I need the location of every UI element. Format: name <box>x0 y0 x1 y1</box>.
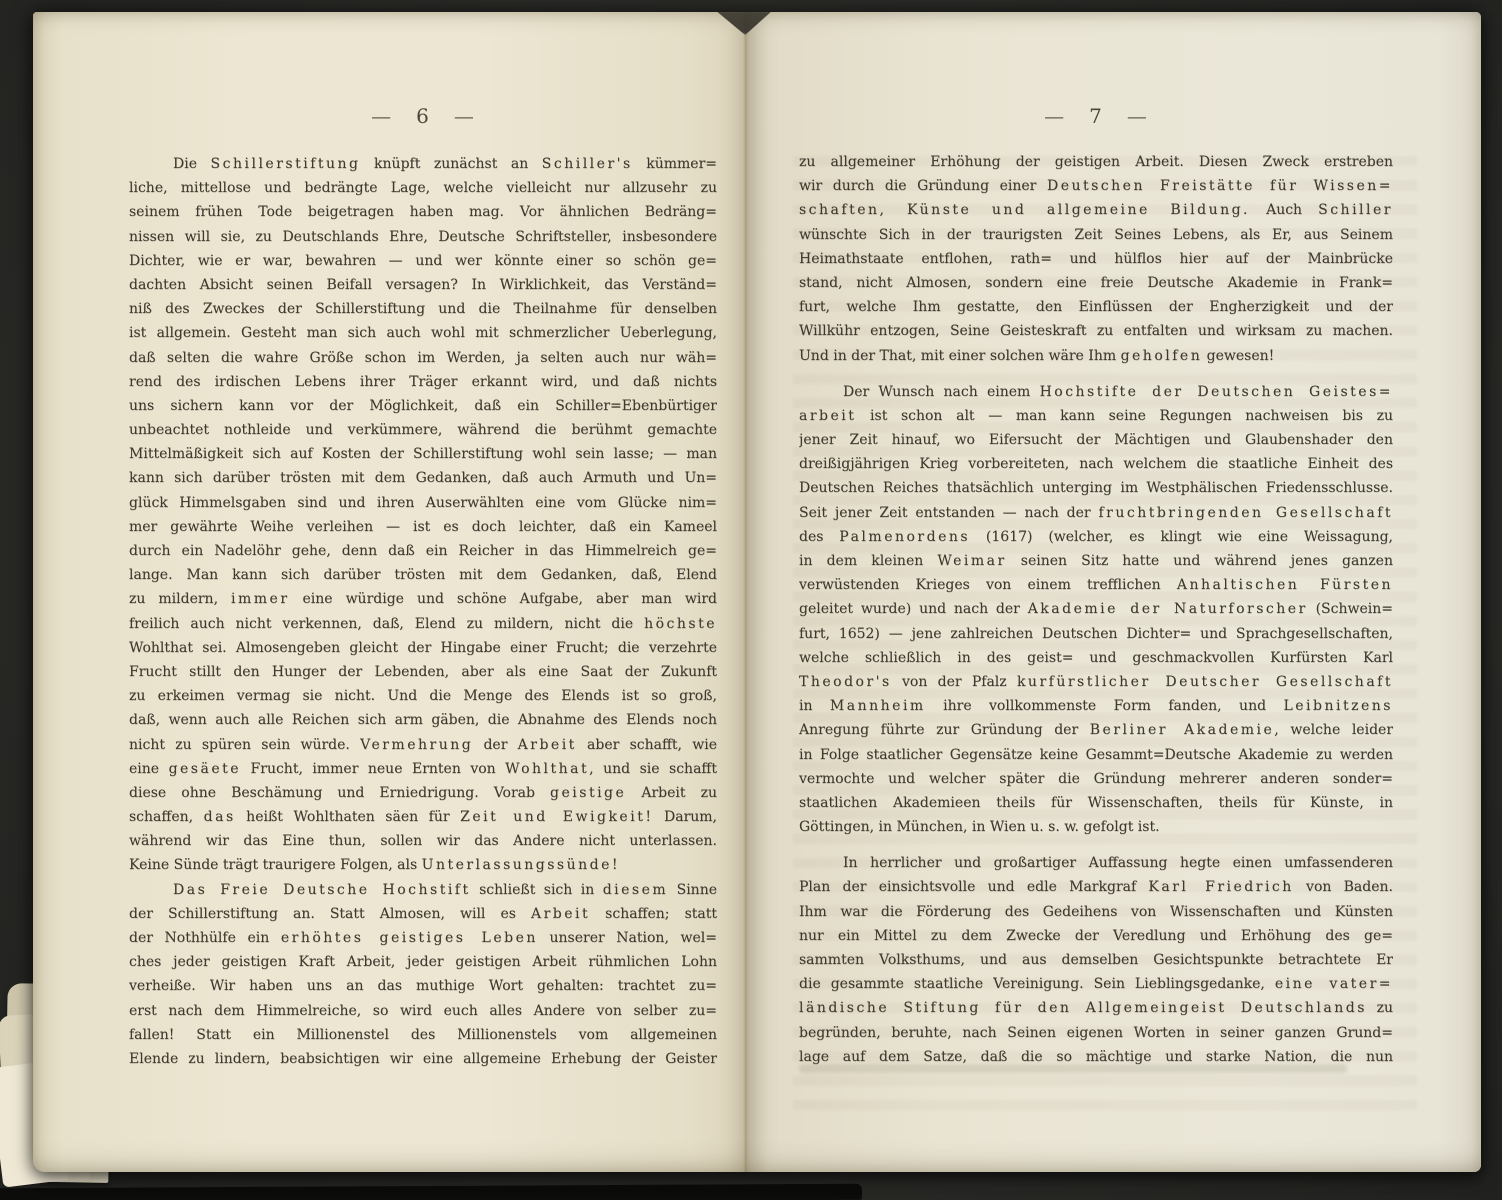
text-segment: uns sichern kann vor der Möglichkeit, da… <box>129 398 717 414</box>
text-segment: nur ein Mittel zu dem Zwecke der Veredlu… <box>799 928 1393 944</box>
text-line: Und in der That, mit einer solchen wäre … <box>799 344 1393 368</box>
paragraph: zu allgemeiner Erhöhung der geistigen Ar… <box>799 150 1393 368</box>
text-line: vermochte und welcher später die Gründun… <box>799 767 1393 791</box>
text-segment: Dichter, wie er war, bewahren — und wer … <box>129 253 717 269</box>
page-number: 6 <box>416 104 430 128</box>
text-segment: von der Pfalz <box>892 674 1017 690</box>
text-segment: daß, wenn auch alle Reichen sich arm gäb… <box>129 712 717 728</box>
header-dash: — <box>1127 104 1148 128</box>
text-segment: ist schon alt — man kann seine Regungen … <box>856 408 1393 424</box>
emphasized-text-segment: Deutschen Freistätte für Wissen= <box>1047 178 1393 194</box>
text-segment: die gesammte staatliche Vereinigung. Sei… <box>799 976 1275 992</box>
text-segment: kann sich darüber trösten mit dem Gedank… <box>129 470 717 486</box>
text-segment: zu mildern, <box>129 591 231 607</box>
book-board-shadow <box>0 1184 862 1200</box>
text-line: der Schillerstiftung an. Statt Almosen, … <box>129 902 717 926</box>
text-line: ist allgemein. Gesteht man sich auch woh… <box>129 321 717 345</box>
emphasized-text-segment: diesem <box>603 882 668 898</box>
text-segment: wünschte Sich in der traurigsten Zeit Se… <box>799 227 1393 243</box>
text-segment: verwüstenden Krieges von einem trefflich… <box>799 577 1177 593</box>
page-7-text: zu allgemeiner Erhöhung der geistigen Ar… <box>799 150 1393 1069</box>
text-segment: dreißigjährigen Krieg vorbereiteten, nac… <box>799 456 1393 472</box>
text-line: schaffen, das heißt Wohlthaten säen für … <box>129 805 717 829</box>
text-segment: Frucht stillt den Hunger der Lebenden, a… <box>129 664 717 680</box>
text-segment: heißt Wohlthaten säen für <box>236 809 460 825</box>
text-line: des Palmenordens (1617) (welcher, es kli… <box>799 525 1393 549</box>
text-segment: der Schillerstiftung an. Statt Almosen, … <box>129 906 531 922</box>
text-segment: liche, mittellose und bedrängte Lage, we… <box>129 180 717 196</box>
text-segment: furt, welche Ihm gestatte, den Einflüsse… <box>799 299 1393 315</box>
emphasized-text-segment: Theodor's <box>799 674 892 690</box>
text-segment: unbeachtet nothleide und verkümmere, wäh… <box>129 422 717 438</box>
text-line: begründen, beruhte, nach Seinen eigenen … <box>799 1021 1393 1045</box>
emphasized-text-segment: Leibnitzens <box>1283 698 1393 714</box>
text-line: ländische Stiftung für den Allgemeingeis… <box>799 996 1393 1020</box>
text-segment: eine <box>129 761 169 777</box>
text-line: der Nothhülfe ein erhöhtes geistiges Leb… <box>129 926 717 950</box>
text-segment: Willkühr entzogen, Seine Geisteskraft zu… <box>799 323 1393 339</box>
text-segment: eine würdige und schöne Aufgabe, aber ma… <box>290 591 717 607</box>
text-line: nur ein Mittel zu dem Zwecke der Veredlu… <box>799 924 1393 948</box>
text-segment: während wir das Eine thun, sollen wir da… <box>129 833 717 849</box>
text-line: furt, 1652) — jene zahlreichen Deutschen… <box>799 622 1393 646</box>
text-segment: Seit jener Zeit entstanden — nach der <box>799 505 1098 521</box>
text-line: jener Zeit hinauf, wo Eifersucht der Mäc… <box>799 428 1393 452</box>
text-segment: in <box>799 698 830 714</box>
text-segment: schließt sich in <box>471 882 603 898</box>
text-segment: in Folge staatlicher Gegensätze keine Ge… <box>799 747 1393 763</box>
emphasized-text-segment: Das Freie Deutsche Hochstift <box>173 882 471 898</box>
text-segment: zu erkeimen vermag sie nicht. Und die Me… <box>129 688 717 704</box>
text-segment: Die <box>173 156 211 172</box>
emphasized-text-segment: Vermehrung <box>360 737 473 753</box>
text-line: rend des irdischen Lebens ihrer Träger e… <box>129 370 717 394</box>
text-segment: ! <box>612 857 618 873</box>
emphasized-text-segment: arbeit <box>799 408 856 424</box>
text-segment: wir durch die Gründung einer <box>799 178 1047 194</box>
page-6: — 6 — Die Schillerstiftung knüpft zunäch… <box>33 12 747 1172</box>
paragraph: Der Wunsch nach einem Hochstifte der Deu… <box>799 380 1393 840</box>
text-segment: nissen will sie, zu Deutschlands Ehre, D… <box>129 229 717 245</box>
text-segment: Anregung führte zur Gründung der <box>799 722 1090 738</box>
text-line: Das Freie Deutsche Hochstift schließt si… <box>129 878 717 902</box>
text-segment: verheiße. Wir haben uns an das muthige W… <box>129 978 717 994</box>
paragraph: Das Freie Deutsche Hochstift schließt si… <box>129 878 717 1072</box>
text-segment: welche schließlich in des geist= und ges… <box>799 650 1393 666</box>
text-line: staatlichen Akademieen theils für Wissen… <box>799 791 1393 815</box>
text-segment: schaffen; statt <box>590 906 717 922</box>
text-line: kann sich darüber trösten mit dem Gedank… <box>129 466 717 490</box>
text-segment: aber schafft, wie <box>577 737 717 753</box>
emphasized-text-segment: Weimar <box>937 553 1006 569</box>
text-segment: ihre vollkommenste Form fanden, und <box>926 698 1284 714</box>
text-segment: niß des Zweckes der Schillerstiftung und… <box>129 301 717 317</box>
emphasized-text-segment: Hochstifte der Deutschen Geistes= <box>1040 384 1393 400</box>
emphasized-text-segment: Arbeit <box>531 906 590 922</box>
text-segment: jener Zeit hinauf, wo Eifersucht der Mäc… <box>799 432 1393 448</box>
text-segment: unserer Nation, wel= <box>538 930 717 946</box>
text-segment: Sinne <box>668 882 717 898</box>
header-dash: — <box>1044 104 1065 128</box>
text-segment: gewesen! <box>1202 348 1274 364</box>
text-segment: Der Wunsch nach einem <box>843 384 1040 400</box>
header-dash: — <box>454 104 475 128</box>
text-line: diese ohne Beschämung und Erniedrigung. … <box>129 781 717 805</box>
emphasized-text-segment: Berliner Akademie <box>1090 722 1275 738</box>
text-line: wünschte Sich in der traurigsten Zeit Se… <box>799 223 1393 247</box>
text-line: nicht zu spüren sein würde. Vermehrung d… <box>129 733 717 757</box>
text-segment: Auch <box>1250 202 1318 218</box>
text-segment: diese ohne Beschämung und Erniedrigung. … <box>129 785 550 801</box>
text-segment: rend des irdischen Lebens ihrer Träger e… <box>129 374 717 390</box>
text-segment: daß selten die wahre Größe schon im Werd… <box>129 350 717 366</box>
emphasized-text-segment: Mannheim <box>830 698 926 714</box>
emphasized-text-segment: gesäete <box>169 761 241 777</box>
book-spread: — 6 — Die Schillerstiftung knüpft zunäch… <box>33 12 1481 1172</box>
text-line: niß des Zweckes der Schillerstiftung und… <box>129 297 717 321</box>
text-segment: Göttingen, in München, in Wien u. s. w. … <box>799 819 1160 835</box>
text-segment: , und sie schafft <box>589 761 717 777</box>
text-line: nissen will sie, zu Deutschlands Ehre, D… <box>129 225 717 249</box>
text-line: dachten Absicht seinen Beifall versagen?… <box>129 273 717 297</box>
text-line: Frucht stillt den Hunger der Lebenden, a… <box>129 660 717 684</box>
text-line: zu allgemeiner Erhöhung der geistigen Ar… <box>799 150 1393 174</box>
text-segment: Darum, <box>653 809 717 825</box>
text-line: fallen! Statt ein Millionenstel des Mill… <box>129 1023 717 1047</box>
text-segment: , welche leider <box>1274 722 1393 738</box>
text-line: Mittelmäßigkeit sich auf Kosten der Schi… <box>129 442 717 466</box>
text-segment: vermochte und welcher später die Gründun… <box>799 771 1393 787</box>
text-line: freilich auch nicht verkennen, daß, Elen… <box>129 612 717 636</box>
text-segment: in dem kleinen <box>799 553 937 569</box>
page-6-header: — 6 — <box>129 104 717 128</box>
text-line: sammten Volksthums, und aus demselben Ge… <box>799 948 1393 972</box>
text-segment: lange. Man kann sich darüber trösten mit… <box>129 567 717 583</box>
header-dash: — <box>371 104 392 128</box>
text-line: Anregung führte zur Gründung der Berline… <box>799 718 1393 742</box>
text-segment: Und in der That, mit einer solchen wäre … <box>799 348 1121 364</box>
text-segment: seinem frühen Tode beigetragen haben mag… <box>129 204 717 220</box>
text-line: schaften, Künste und allgemeine Bildung.… <box>799 198 1393 222</box>
text-line: Theodor's von der Pfalz kurfürstlicher D… <box>799 670 1393 694</box>
text-segment: Arbeit zu <box>626 785 717 801</box>
emphasized-text-segment: Akademie der Naturforscher <box>1028 601 1308 617</box>
text-segment: (Schwein= <box>1308 601 1393 617</box>
text-line: während wir das Eine thun, sollen wir da… <box>129 829 717 853</box>
text-line: die gesammte staatliche Vereinigung. Sei… <box>799 972 1393 996</box>
text-line: Willkühr entzogen, Seine Geisteskraft zu… <box>799 319 1393 343</box>
text-segment: begründen, beruhte, nach Seinen eigenen … <box>799 1025 1393 1041</box>
emphasized-text-segment: schaften, Künste und allgemeine Bildung. <box>799 202 1250 218</box>
text-segment: zu allgemeiner Erhöhung der geistigen Ar… <box>799 154 1393 170</box>
page-number: 7 <box>1089 104 1103 128</box>
text-line: Göttingen, in München, in Wien u. s. w. … <box>799 815 1393 839</box>
text-segment: geleitet wurde) und nach der <box>799 601 1028 617</box>
emphasized-text-segment: ländische Stiftung für den Allgemeingeis… <box>799 1000 1367 1016</box>
emphasized-text-segment: geistige <box>550 785 626 801</box>
text-line: glück Himmelsgaben sind und ihren Auserw… <box>129 491 717 515</box>
text-segment: der <box>473 737 517 753</box>
text-segment: furt, 1652) — jene zahlreichen Deutschen… <box>799 626 1393 642</box>
text-segment: mer gewährte Weihe verleihen — ist es do… <box>129 519 717 535</box>
text-segment: lage auf dem Satze, daß die so mächtige … <box>799 1049 1393 1065</box>
text-segment: nicht zu spüren sein würde. <box>129 737 360 753</box>
emphasized-text-segment: erhöhtes geistiges Leben <box>281 930 538 946</box>
text-line: in Folge staatlicher Gegensätze keine Ge… <box>799 743 1393 767</box>
text-line: wir durch die Gründung einer Deutschen F… <box>799 174 1393 198</box>
emphasized-text-segment: Zeit und Ewigkeit! <box>460 809 653 825</box>
emphasized-text-segment: höchste <box>644 616 717 632</box>
text-segment: des <box>799 529 839 545</box>
text-line: verheiße. Wir haben uns an das muthige W… <box>129 974 717 998</box>
text-line: Heimathstaate entflohen, rath= und hülfl… <box>799 247 1393 271</box>
text-segment: Wohlthat sei. Almosengeben gleicht der H… <box>129 640 717 656</box>
emphasized-text-segment: Unterlassungssünde <box>422 857 612 873</box>
text-segment: durch ein Nadelöhr gehe, denn daß ein Re… <box>129 543 717 559</box>
text-line: liche, mittellose und bedrängte Lage, we… <box>129 176 717 200</box>
text-segment: seinen Sitz hatte und während jenes ganz… <box>1007 553 1393 569</box>
text-segment: von Baden. <box>1294 879 1393 895</box>
emphasized-text-segment: Schillerstiftung <box>211 156 361 172</box>
text-line: welche schließlich in des geist= und ges… <box>799 646 1393 670</box>
text-line: mer gewährte Weihe verleihen — ist es do… <box>129 515 717 539</box>
text-line: seinem frühen Tode beigetragen haben mag… <box>129 200 717 224</box>
text-line: Plan der einsichtsvolle und edle Markgra… <box>799 875 1393 899</box>
emphasized-text-segment: kurfürstlicher Deutscher Gesellschaft <box>1017 674 1393 690</box>
text-segment: erst nach dem Himmelreiche, so wird euch… <box>129 1003 717 1019</box>
text-segment: Ihm war die Förderung des Gedeihens von … <box>799 904 1393 920</box>
text-segment: (1617) (welcher, es klingt wie eine Weis… <box>970 529 1393 545</box>
text-line: zu erkeimen vermag sie nicht. Und die Me… <box>129 684 717 708</box>
text-segment: schaffen, <box>129 809 204 825</box>
text-line: verwüstenden Krieges von einem trefflich… <box>799 573 1393 597</box>
text-segment: fallen! Statt ein Millionenstel des Mill… <box>129 1027 717 1043</box>
text-segment: Keine Sünde trägt traurigere Folgen, als <box>129 857 422 873</box>
text-line: Seit jener Zeit entstanden — nach der fr… <box>799 501 1393 525</box>
paragraph: Die Schillerstiftung knüpft zunächst an … <box>129 152 717 878</box>
text-segment: der Nothhülfe ein <box>129 930 281 946</box>
text-line: erst nach dem Himmelreiche, so wird euch… <box>129 999 717 1023</box>
text-line: Ihm war die Förderung des Gedeihens von … <box>799 900 1393 924</box>
text-segment: stand, nicht Almosen, sondern eine freie… <box>799 275 1393 291</box>
emphasized-text-segment: Arbeit <box>518 737 577 753</box>
text-segment: staatlichen Akademieen theils für Wissen… <box>799 795 1393 811</box>
text-segment: zu <box>1367 1000 1393 1016</box>
text-line: in dem kleinen Weimar seinen Sitz hatte … <box>799 549 1393 573</box>
emphasized-text-segment: Schiller <box>1318 202 1393 218</box>
text-line: dreißigjährigen Krieg vorbereiteten, nac… <box>799 452 1393 476</box>
text-line: daß, wenn auch alle Reichen sich arm gäb… <box>129 708 717 732</box>
text-segment: Deutschen Reiches thatsächlich unterging… <box>799 480 1393 496</box>
text-line: arbeit ist schon alt — man kann seine Re… <box>799 404 1393 428</box>
page-6-text: Die Schillerstiftung knüpft zunächst an … <box>129 152 717 1071</box>
text-line: zu mildern, immer eine würdige und schön… <box>129 587 717 611</box>
text-line: durch ein Nadelöhr gehe, denn daß ein Re… <box>129 539 717 563</box>
text-segment: ist allgemein. Gesteht man sich auch woh… <box>129 325 717 341</box>
text-segment: kümmer= <box>633 156 717 172</box>
emphasized-text-segment: Wohlthat <box>505 761 589 777</box>
paragraph: In herrlicher und großartiger Auffassung… <box>799 851 1393 1069</box>
text-segment: ches jeder geistigen Kraft Arbeit, jeder… <box>129 954 717 970</box>
emphasized-text-segment: geholfen <box>1121 348 1203 364</box>
text-segment: dachten Absicht seinen Beifall versagen?… <box>129 277 717 293</box>
text-segment: freilich auch nicht verkennen, daß, Elen… <box>129 616 644 632</box>
text-line: Die Schillerstiftung knüpft zunächst an … <box>129 152 717 176</box>
emphasized-text-segment: fruchtbringenden Gesellschaft <box>1098 505 1393 521</box>
emphasized-text-segment: immer <box>231 591 290 607</box>
text-segment: In herrlicher und großartiger Auffassung… <box>843 855 1393 871</box>
text-line: furt, welche Ihm gestatte, den Einflüsse… <box>799 295 1393 319</box>
emphasized-text-segment: Anhaltischen Fürsten <box>1177 577 1393 593</box>
text-line: In herrlicher und großartiger Auffassung… <box>799 851 1393 875</box>
text-segment: sammten Volksthums, und aus demselben Ge… <box>799 952 1393 968</box>
text-segment: Elende zu lindern, beabsichtigen wir ein… <box>129 1051 717 1067</box>
emphasized-text-segment: Palmenordens <box>839 529 970 545</box>
text-segment: glück Himmelsgaben sind und ihren Auserw… <box>129 495 717 511</box>
text-line: Wohlthat sei. Almosengeben gleicht der H… <box>129 636 717 660</box>
text-line: Der Wunsch nach einem Hochstifte der Deu… <box>799 380 1393 404</box>
text-segment: knüpft zunächst an <box>361 156 542 172</box>
text-segment: Heimathstaate entflohen, rath= und hülfl… <box>799 251 1393 267</box>
text-line: ches jeder geistigen Kraft Arbeit, jeder… <box>129 950 717 974</box>
text-line: uns sichern kann vor der Möglichkeit, da… <box>129 394 717 418</box>
text-line: daß selten die wahre Größe schon im Werd… <box>129 346 717 370</box>
text-segment: Plan der einsichtsvolle und edle Markgra… <box>799 879 1148 895</box>
text-segment: Frucht, immer neue Ernten von <box>241 761 505 777</box>
text-line: Keine Sünde trägt traurigere Folgen, als… <box>129 853 717 877</box>
emphasized-text-segment: Karl Friedrich <box>1148 879 1293 895</box>
text-line: geleitet wurde) und nach der Akademie de… <box>799 597 1393 621</box>
text-line: eine gesäete Frucht, immer neue Ernten v… <box>129 757 717 781</box>
emphasized-text-segment: Schiller's <box>542 156 633 172</box>
text-segment: Mittelmäßigkeit sich auf Kosten der Schi… <box>129 446 717 462</box>
show-through-text <box>799 1064 1347 1073</box>
text-line: unbeachtet nothleide und verkümmere, wäh… <box>129 418 717 442</box>
page-7-header: — 7 — <box>799 104 1393 128</box>
book-scan: — 6 — Die Schillerstiftung knüpft zunäch… <box>0 0 1502 1200</box>
text-line: stand, nicht Almosen, sondern eine freie… <box>799 271 1393 295</box>
text-line: Elende zu lindern, beabsichtigen wir ein… <box>129 1047 717 1071</box>
emphasized-text-segment: das <box>204 809 236 825</box>
text-line: Deutschen Reiches thatsächlich unterging… <box>799 476 1393 500</box>
emphasized-text-segment: eine vater= <box>1275 976 1393 992</box>
text-line: Dichter, wie er war, bewahren — und wer … <box>129 249 717 273</box>
text-line: in Mannheim ihre vollkommenste Form fand… <box>799 694 1393 718</box>
page-7: — 7 — zu allgemeiner Erhöhung der geisti… <box>747 12 1481 1172</box>
text-line: lange. Man kann sich darüber trösten mit… <box>129 563 717 587</box>
